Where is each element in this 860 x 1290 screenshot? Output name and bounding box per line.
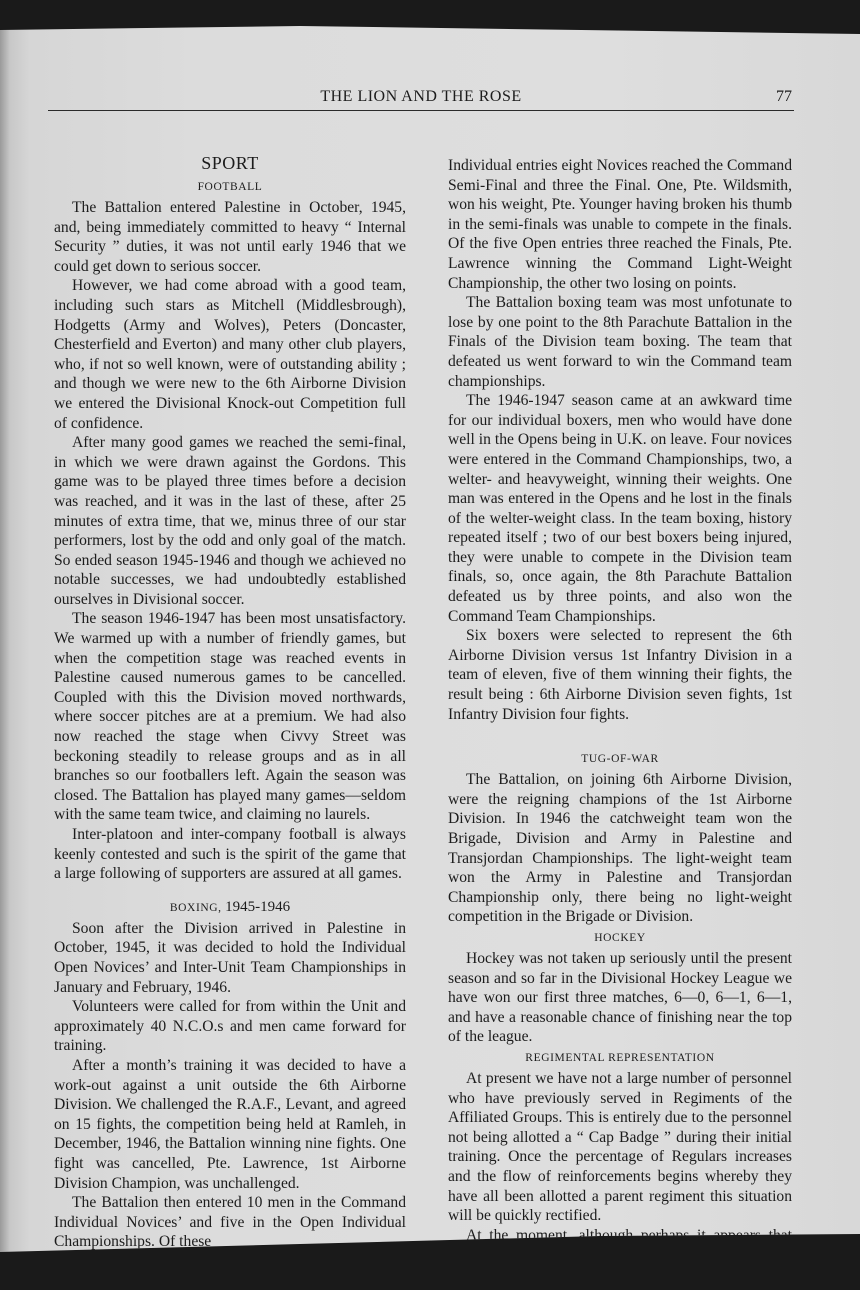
paragraph: Hockey was not taken up seriously until … bbox=[448, 949, 792, 1047]
boxing-heading-label: BOXING, bbox=[170, 902, 222, 914]
section-heading-boxing: BOXING, 1945-1946 bbox=[54, 898, 406, 917]
paragraph: However, we had come abroad with a good … bbox=[54, 276, 406, 433]
right-column: Individual entries eight Novices reached… bbox=[448, 156, 792, 1284]
section-heading-tug-of-war: TUG-OF-WAR bbox=[448, 750, 792, 768]
paragraph: The 1946-1947 season came at an awkward … bbox=[448, 391, 792, 626]
paragraph: At the moment, although perhaps it appea… bbox=[448, 1226, 792, 1285]
section-heading-hockey: HOCKEY bbox=[448, 929, 792, 947]
section-heading-football: FOOTBALL bbox=[54, 178, 406, 196]
paragraph: Six boxers were selected to represent th… bbox=[448, 626, 792, 724]
paragraph: Inter-platoon and inter-company football… bbox=[54, 825, 406, 884]
article-title: SPORT bbox=[54, 152, 406, 174]
paragraph: Volunteers were called for from within t… bbox=[54, 997, 406, 1056]
boxing-heading-years: 1945-1946 bbox=[225, 899, 290, 915]
left-column: SPORT FOOTBALL The Battalion entered Pal… bbox=[54, 152, 406, 1252]
section-heading-regimental-representation: REGIMENTAL REPRESENTATION bbox=[448, 1049, 792, 1067]
paragraph: The season 1946-1947 has been most unsat… bbox=[54, 609, 406, 825]
running-header: THE LION AND THE ROSE 77 bbox=[48, 88, 794, 111]
paragraph: The Battalion entered Palestine in Octob… bbox=[54, 198, 406, 276]
paragraph: The Battalion then entered 10 men in the… bbox=[54, 1193, 406, 1252]
publication-title: THE LION AND THE ROSE bbox=[48, 88, 794, 106]
paragraph: The Battalion, on joining 6th Airborne D… bbox=[448, 770, 792, 927]
paragraph: The Battalion boxing team was most unfot… bbox=[448, 293, 792, 391]
paragraph-continued: Individual entries eight Novices reached… bbox=[448, 156, 792, 293]
paragraph: Soon after the Division arrived in Pales… bbox=[54, 919, 406, 997]
paragraph: At present we have not a large number of… bbox=[448, 1069, 792, 1226]
page-number: 77 bbox=[776, 88, 792, 106]
magazine-page: THE LION AND THE ROSE 77 SPORT FOOTBALL … bbox=[0, 26, 860, 1252]
paragraph: After a month’s training it was decided … bbox=[54, 1056, 406, 1193]
paragraph: After many good games we reached the sem… bbox=[54, 433, 406, 609]
